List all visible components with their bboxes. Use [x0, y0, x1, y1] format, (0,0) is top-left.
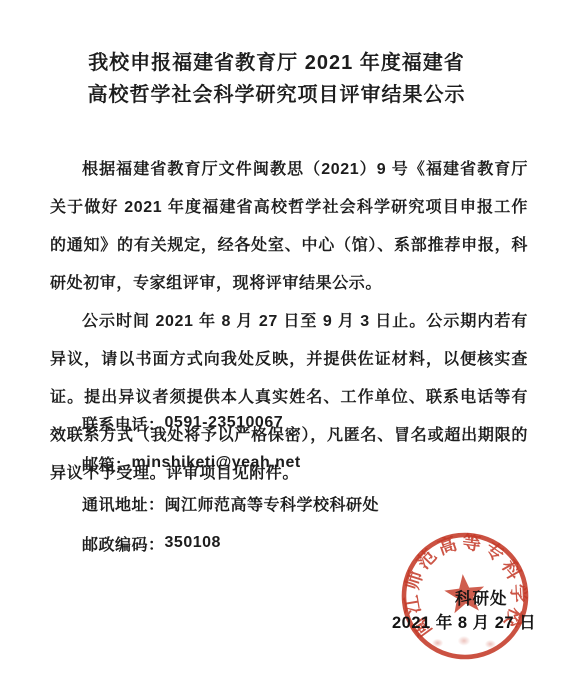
contact-email-label: 邮箱：: [82, 452, 132, 475]
contact-postcode-label: 邮政编码：: [82, 532, 165, 555]
paragraph-regulations: 根据福建省教育厅文件闽教思（2021）9 号《福建省教育厅关于做好 2021 年…: [50, 151, 528, 303]
document-page: 我校申报福建省教育厅 2021 年度福建省 高校哲学社会科学研究项目评审结果公示…: [0, 0, 575, 698]
contact-email-value: minshiketi@yeah.net: [132, 454, 301, 472]
seal-date: 2021 年 8 月 27 日: [392, 609, 536, 633]
contact-phone-value: 0591-23510067: [165, 414, 284, 432]
seal-department-name: 科研处: [455, 585, 508, 609]
seal-ink-smudge: [428, 632, 508, 654]
document-title: 我校申报福建省教育厅 2021 年度福建省 高校哲学社会科学研究项目评审结果公示: [0, 47, 553, 111]
contact-address-row: 通讯地址：闽江师范高等专科学校科研处: [82, 483, 502, 523]
contact-address-label: 通讯地址：: [82, 492, 165, 515]
contact-address-value: 闽江师范高等专科学校科研处: [165, 492, 380, 515]
contact-phone-row: 联系电话：0591-23510067: [82, 403, 502, 443]
title-line-1: 我校申报福建省教育厅 2021 年度福建省: [0, 47, 553, 79]
title-line-2: 高校哲学社会科学研究项目评审结果公示: [0, 79, 553, 111]
contact-email-row: 邮箱：minshiketi@yeah.net: [82, 443, 502, 483]
contact-postcode-value: 350108: [165, 534, 221, 552]
contact-phone-label: 联系电话：: [82, 412, 165, 435]
